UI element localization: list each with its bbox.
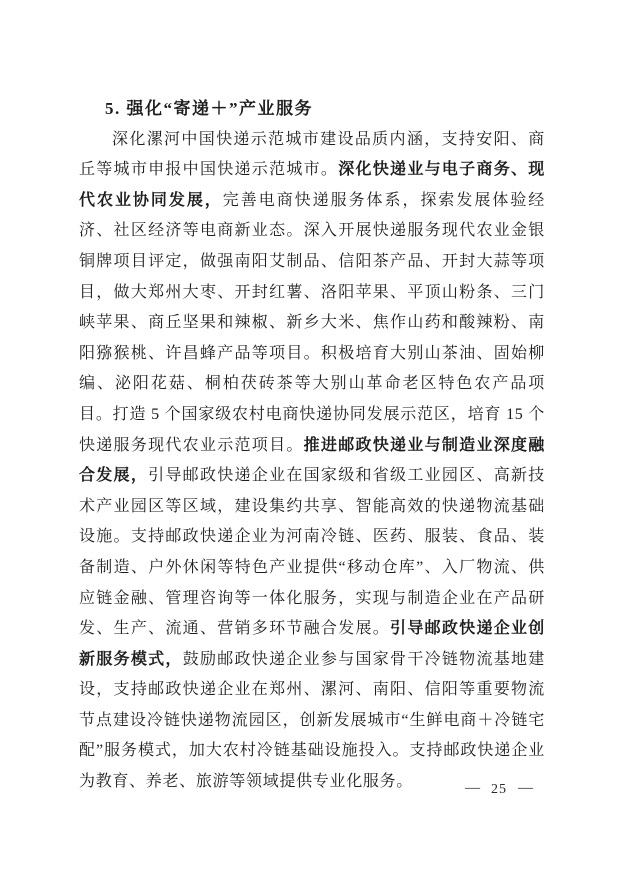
document-page: 5. 强化“寄递＋”产业服务 深化漯河中国快递示范城市建设品质内涵，支持安阳、商… (0, 0, 621, 877)
body-paragraph: 深化漯河中国快递示范城市建设品质内涵，支持安阳、商丘等城市申报中国快递示范城市。… (79, 125, 545, 798)
section-heading: 5. 强化“寄递＋”产业服务 (79, 94, 545, 125)
footer-dash-left: — (465, 780, 480, 797)
text-run: 引导邮政快递企业在国家级和省级工业园区、高新技术产业园区等区域，建设集约共享、智… (79, 467, 545, 637)
page-number: 25 (491, 782, 507, 798)
footer-dash-right: — (518, 780, 533, 797)
text-run: 完善电商快递服务体系，探索发展体验经济、社区经济等电商新业态。深入开展快递服务现… (79, 192, 545, 454)
text-run: 鼓励邮政快递企业参与国家骨干冷链物流基地建设，支持邮政快递企业在郑州、漯河、南阳… (79, 651, 545, 790)
page-footer: — 25 — (465, 781, 533, 798)
document-text-block: 5. 强化“寄递＋”产业服务 深化漯河中国快递示范城市建设品质内涵，支持安阳、商… (79, 94, 545, 798)
